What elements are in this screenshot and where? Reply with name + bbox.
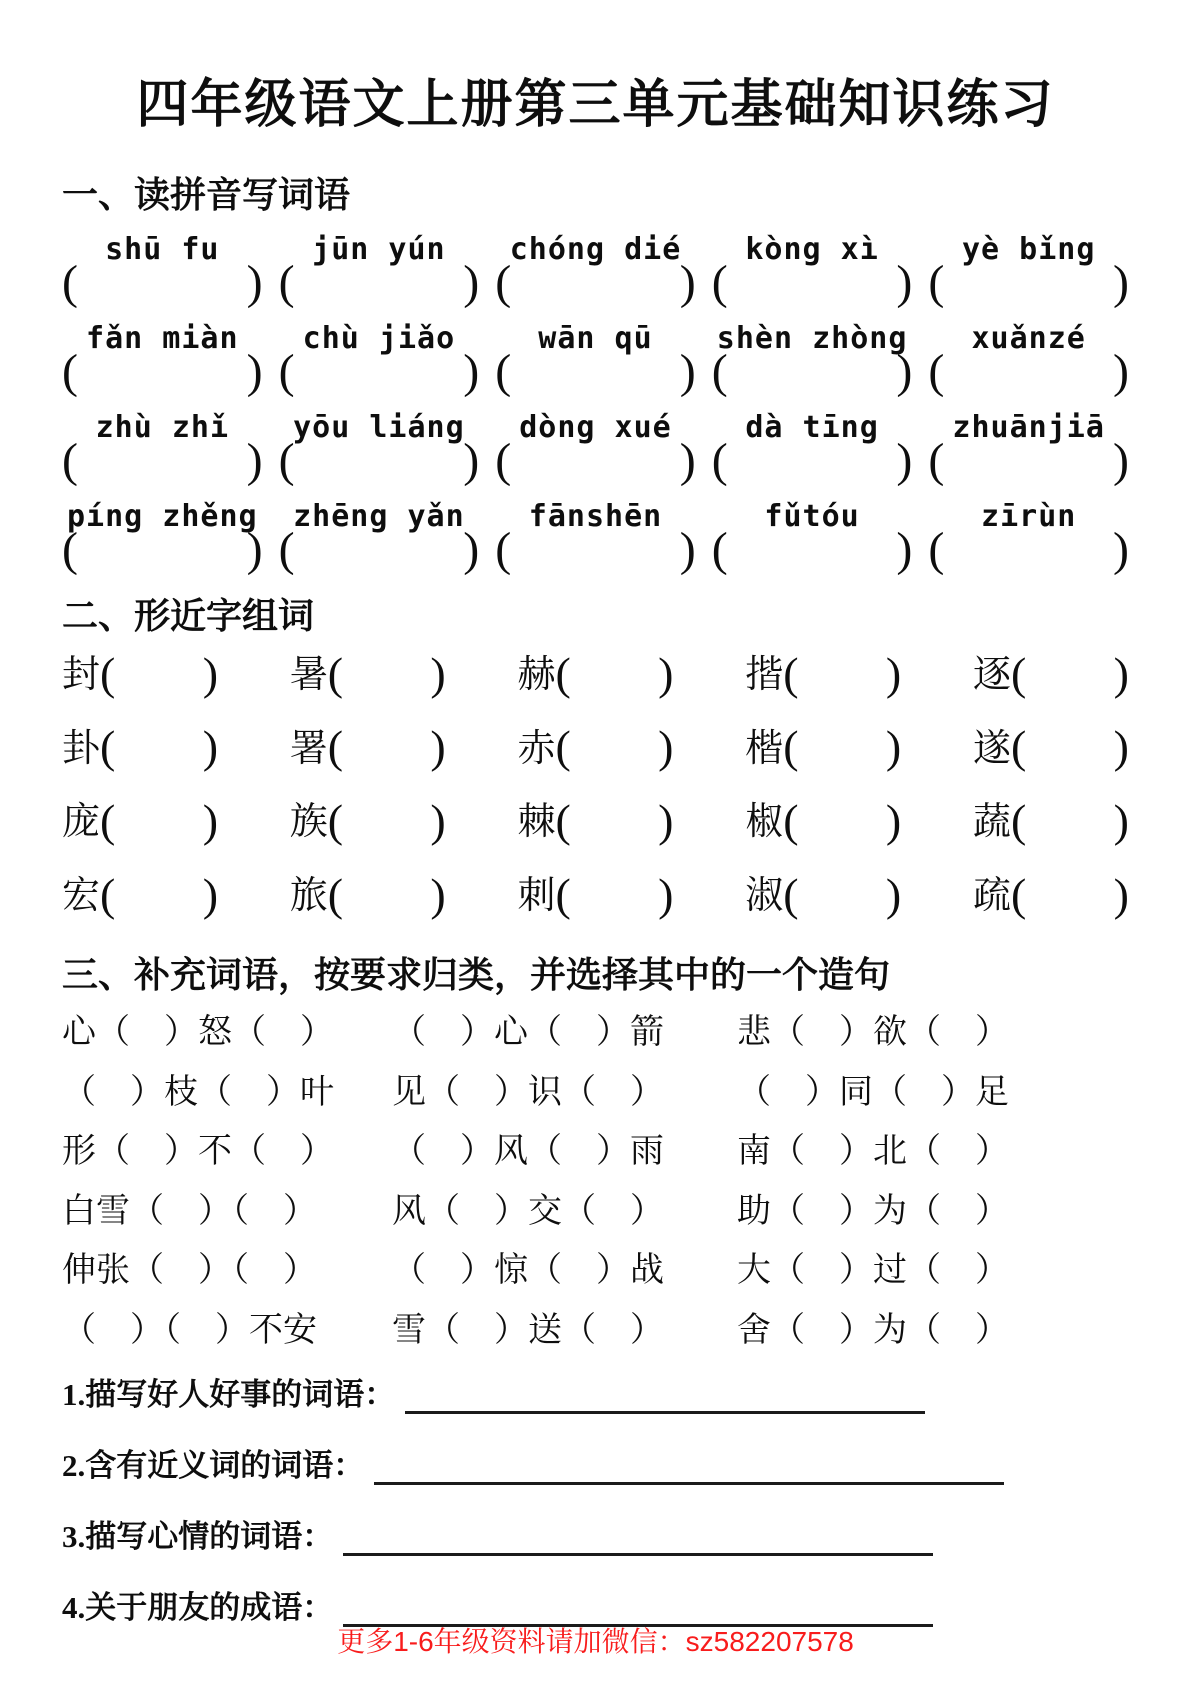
answer-blank: () <box>100 651 218 697</box>
open-paren: ( <box>62 526 78 574</box>
answer-blank: () <box>328 798 446 844</box>
close-paren: ) <box>430 724 445 770</box>
open-paren: ( <box>100 724 115 770</box>
pinyin-blank-unit: zhù zhǐ () <box>62 410 263 485</box>
hanzi-label: 逐 <box>973 653 1011 699</box>
open-paren: ( <box>712 259 728 307</box>
pinyin-row: píng zhěng () zhēng yǎn () fānshēn () fǔ… <box>62 499 1129 574</box>
answer-line <box>374 1449 1004 1485</box>
close-paren: ) <box>896 259 912 307</box>
close-paren: ) <box>680 526 696 574</box>
answer-blank: () <box>783 724 901 770</box>
pinyin-blank-unit: zhēng yǎn () <box>279 499 480 574</box>
close-paren: ) <box>247 348 263 396</box>
answer-blank: () <box>1011 798 1129 844</box>
near-character-cell: 椒 () <box>745 800 901 846</box>
answer-blank: () <box>495 259 696 307</box>
hanzi-label: 疏 <box>973 874 1011 920</box>
pinyin-blank-unit: shèn zhòng () <box>712 321 913 396</box>
pinyin-blank-unit: dòng xué () <box>495 410 696 485</box>
close-paren: ) <box>463 526 479 574</box>
phrase-group: （ ）枝（ ）叶 <box>62 1072 392 1115</box>
near-character-cell: 庞 () <box>62 800 218 846</box>
open-paren: ( <box>495 437 511 485</box>
close-paren: ) <box>680 259 696 307</box>
close-paren: ) <box>247 437 263 485</box>
pinyin-blank-unit: zhuānjiā () <box>928 410 1129 485</box>
close-paren: ) <box>658 798 673 844</box>
footer-note: 更多1-6年级资料请加微信：sz582207578 <box>0 1620 1191 1660</box>
open-paren: ( <box>328 651 343 697</box>
open-paren: ( <box>495 259 511 307</box>
open-paren: ( <box>279 348 295 396</box>
near-character-cell: 赫 () <box>517 653 673 699</box>
pinyin-blank-unit: fānshēn () <box>495 499 696 574</box>
open-paren: ( <box>712 348 728 396</box>
question-label: 3.描写心情的词语： <box>62 1511 333 1556</box>
pinyin-row: fǎn miàn () chù jiǎo () wān qū () shèn z… <box>62 321 1129 396</box>
answer-blank: () <box>555 651 673 697</box>
close-paren: ) <box>886 724 901 770</box>
answer-blank: () <box>62 259 263 307</box>
open-paren: ( <box>1011 872 1026 918</box>
near-character-cell: 揩 () <box>745 653 901 699</box>
pinyin-blank-unit: yè bǐng () <box>928 232 1129 307</box>
open-paren: ( <box>928 259 944 307</box>
pinyin-blank-unit: fǎn miàn () <box>62 321 263 396</box>
close-paren: ) <box>247 526 263 574</box>
pinyin-row: zhù zhǐ () yōu liáng () dòng xué () dà t… <box>62 410 1129 485</box>
hanzi-label: 旅 <box>290 874 328 920</box>
answer-blank: () <box>62 526 263 574</box>
phrase-group: 形（ ）不（ ） <box>62 1131 392 1174</box>
hanzi-label: 刺 <box>517 874 555 920</box>
pinyin-blank-unit: xuǎnzé () <box>928 321 1129 396</box>
answer-blank: () <box>495 437 696 485</box>
pinyin-blank-unit: chóng dié () <box>495 232 696 307</box>
answer-blank: () <box>783 651 901 697</box>
open-paren: ( <box>100 872 115 918</box>
near-character-cell: 卦 () <box>62 727 218 773</box>
answer-blank: () <box>328 872 446 918</box>
pinyin-blank-unit: wān qū () <box>495 321 696 396</box>
phrase-row: （ ）（ ）不安 雪（ ）送（ ） 舍（ ）为（ ） <box>62 1310 1129 1353</box>
hanzi-label: 宏 <box>62 874 100 920</box>
pinyin-blank-unit: píng zhěng () <box>62 499 263 574</box>
close-paren: ) <box>430 872 445 918</box>
near-character-cell: 蔬 () <box>973 800 1129 846</box>
close-paren: ) <box>886 872 901 918</box>
answer-blank: () <box>279 259 480 307</box>
phrase-group: （ ）心（ ）箭 <box>392 1012 737 1055</box>
close-paren: ) <box>896 526 912 574</box>
open-paren: ( <box>279 259 295 307</box>
open-paren: ( <box>1011 724 1026 770</box>
near-character-cell: 疏 () <box>973 874 1129 920</box>
open-paren: ( <box>100 798 115 844</box>
phrase-group: 白雪（ ）（ ） <box>62 1191 392 1234</box>
phrase-row: 形（ ）不（ ） （ ）风（ ）雨 南（ ）北（ ） <box>62 1131 1129 1174</box>
phrase-group: （ ）（ ）不安 <box>62 1310 392 1353</box>
open-paren: ( <box>783 798 798 844</box>
phrase-group: 见（ ）识（ ） <box>392 1072 737 1115</box>
near-character-cell: 刺 () <box>517 874 673 920</box>
close-paren: ) <box>1114 651 1129 697</box>
hanzi-label: 署 <box>290 727 328 773</box>
section1-heading: 一、读拼音写词语 <box>62 167 1129 218</box>
hanzi-label: 暑 <box>290 653 328 699</box>
answer-blank: () <box>328 651 446 697</box>
near-character-cell: 旅 () <box>290 874 446 920</box>
character-row: 卦 () 署 () 赤 () 楷 () 遂 () <box>62 727 1129 773</box>
answer-blank: () <box>100 724 218 770</box>
question-line: 1.描写好人好事的词语： <box>62 1369 1129 1414</box>
close-paren: ) <box>430 798 445 844</box>
answer-blank: () <box>928 259 1129 307</box>
close-paren: ) <box>1114 798 1129 844</box>
open-paren: ( <box>62 348 78 396</box>
answer-blank: () <box>1011 651 1129 697</box>
open-paren: ( <box>1011 651 1026 697</box>
phrase-group: 悲（ ）欲（ ） <box>737 1012 1129 1055</box>
answer-blank: () <box>495 526 696 574</box>
near-character-cell: 棘 () <box>517 800 673 846</box>
hanzi-label: 庞 <box>62 800 100 846</box>
answer-blank: () <box>279 526 480 574</box>
hanzi-label: 蔬 <box>973 800 1011 846</box>
phrase-group: 南（ ）北（ ） <box>737 1131 1129 1174</box>
hanzi-label: 椒 <box>745 800 783 846</box>
open-paren: ( <box>62 437 78 485</box>
close-paren: ) <box>203 798 218 844</box>
phrase-group: 大（ ）过（ ） <box>737 1250 1129 1293</box>
answer-line <box>343 1520 933 1556</box>
close-paren: ) <box>886 798 901 844</box>
answer-blank: () <box>712 348 913 396</box>
answer-blank: () <box>100 798 218 844</box>
answer-blank: () <box>783 872 901 918</box>
close-paren: ) <box>1113 437 1129 485</box>
phrase-row: （ ）枝（ ）叶 见（ ）识（ ） （ ）同（ ）足 <box>62 1072 1129 1115</box>
near-character-cell: 署 () <box>290 727 446 773</box>
open-paren: ( <box>555 872 570 918</box>
phrase-row: 心（ ）怒（ ） （ ）心（ ）箭 悲（ ）欲（ ） <box>62 1012 1129 1055</box>
open-paren: ( <box>928 437 944 485</box>
open-paren: ( <box>783 651 798 697</box>
close-paren: ) <box>896 348 912 396</box>
question-label: 1.描写好人好事的词语： <box>62 1369 395 1414</box>
answer-blank: () <box>928 526 1129 574</box>
hanzi-label: 揩 <box>745 653 783 699</box>
hanzi-label: 赤 <box>517 727 555 773</box>
close-paren: ) <box>680 437 696 485</box>
close-paren: ) <box>1113 259 1129 307</box>
open-paren: ( <box>328 872 343 918</box>
character-row: 宏 () 旅 () 刺 () 淑 () 疏 () <box>62 874 1129 920</box>
phrase-row: 伸张（ ）（ ） （ ）惊（ ）战 大（ ）过（ ） <box>62 1250 1129 1293</box>
answer-blank: () <box>100 872 218 918</box>
question-line: 2.含有近义词的词语： <box>62 1440 1129 1485</box>
pinyin-blank-unit: fǔtóu () <box>712 499 913 574</box>
pinyin-blank-unit: kòng xì () <box>712 232 913 307</box>
answer-blank: () <box>495 348 696 396</box>
close-paren: ) <box>680 348 696 396</box>
hanzi-label: 遂 <box>973 727 1011 773</box>
close-paren: ) <box>1114 724 1129 770</box>
close-paren: ) <box>658 872 673 918</box>
open-paren: ( <box>928 526 944 574</box>
near-character-cell: 族 () <box>290 800 446 846</box>
hanzi-label: 淑 <box>745 874 783 920</box>
near-character-cell: 赤 () <box>517 727 673 773</box>
hanzi-label: 封 <box>62 653 100 699</box>
page-title: 四年级语文上册第三单元基础知识练习 <box>62 62 1129 137</box>
close-paren: ) <box>203 651 218 697</box>
near-character-cell: 宏 () <box>62 874 218 920</box>
answer-blank: () <box>62 348 263 396</box>
phrase-group: 雪（ ）送（ ） <box>392 1310 737 1353</box>
open-paren: ( <box>495 348 511 396</box>
answer-line <box>405 1378 925 1414</box>
close-paren: ) <box>1113 526 1129 574</box>
open-paren: ( <box>783 872 798 918</box>
near-character-cell: 遂 () <box>973 727 1129 773</box>
open-paren: ( <box>279 437 295 485</box>
open-paren: ( <box>555 724 570 770</box>
answer-blank: () <box>279 348 480 396</box>
phrase-group: 心（ ）怒（ ） <box>62 1012 392 1055</box>
close-paren: ) <box>430 651 445 697</box>
answer-blank: () <box>1011 872 1129 918</box>
open-paren: ( <box>328 724 343 770</box>
open-paren: ( <box>555 651 570 697</box>
pinyin-row: shū fu () jūn yún () chóng dié () kòng x… <box>62 232 1129 307</box>
answer-blank: () <box>712 259 913 307</box>
near-character-cell: 逐 () <box>973 653 1129 699</box>
pinyin-blank-unit: shū fu () <box>62 232 263 307</box>
character-row: 庞 () 族 () 棘 () 椒 () 蔬 () <box>62 800 1129 846</box>
answer-blank: () <box>928 348 1129 396</box>
pinyin-blank-unit: dà tīng () <box>712 410 913 485</box>
close-paren: ) <box>1113 348 1129 396</box>
hanzi-label: 族 <box>290 800 328 846</box>
answer-blank: () <box>279 437 480 485</box>
phrase-group: 伸张（ ）（ ） <box>62 1250 392 1293</box>
open-paren: ( <box>783 724 798 770</box>
phrase-group: 舍（ ）为（ ） <box>737 1310 1129 1353</box>
character-row: 封 () 暑 () 赫 () 揩 () 逐 () <box>62 653 1129 699</box>
close-paren: ) <box>247 259 263 307</box>
section2-heading: 二、形近字组词 <box>62 588 1129 639</box>
question-line: 3.描写心情的词语： <box>62 1511 1129 1556</box>
hanzi-label: 楷 <box>745 727 783 773</box>
phrase-group: 助（ ）为（ ） <box>737 1191 1129 1234</box>
close-paren: ) <box>463 348 479 396</box>
close-paren: ) <box>463 259 479 307</box>
pinyin-blank-unit: chù jiǎo () <box>279 321 480 396</box>
open-paren: ( <box>62 259 78 307</box>
open-paren: ( <box>1011 798 1026 844</box>
pinyin-blank-unit: zīrùn () <box>928 499 1129 574</box>
pinyin-blank-unit: jūn yún () <box>279 232 480 307</box>
answer-blank: () <box>62 437 263 485</box>
answer-blank: () <box>555 798 673 844</box>
close-paren: ) <box>896 437 912 485</box>
close-paren: ) <box>658 724 673 770</box>
close-paren: ) <box>203 724 218 770</box>
open-paren: ( <box>279 526 295 574</box>
answer-blank: () <box>928 437 1129 485</box>
open-paren: ( <box>555 798 570 844</box>
section3-heading: 三、补充词语，按要求归类，并选择其中的一个造句 <box>62 947 1129 998</box>
answer-blank: () <box>555 724 673 770</box>
close-paren: ) <box>463 437 479 485</box>
open-paren: ( <box>712 437 728 485</box>
hanzi-label: 赫 <box>517 653 555 699</box>
hanzi-label: 卦 <box>62 727 100 773</box>
answer-blank: () <box>1011 724 1129 770</box>
open-paren: ( <box>328 798 343 844</box>
close-paren: ) <box>658 651 673 697</box>
near-character-cell: 封 () <box>62 653 218 699</box>
hanzi-label: 棘 <box>517 800 555 846</box>
question-label: 2.含有近义词的词语： <box>62 1440 364 1485</box>
near-character-cell: 楷 () <box>745 727 901 773</box>
open-paren: ( <box>100 651 115 697</box>
near-character-cell: 淑 () <box>745 874 901 920</box>
answer-blank: () <box>712 526 913 574</box>
answer-blank: () <box>783 798 901 844</box>
phrase-row: 白雪（ ）（ ） 风（ ）交（ ） 助（ ）为（ ） <box>62 1191 1129 1234</box>
pinyin-blank-unit: yōu liáng () <box>279 410 480 485</box>
answer-blank: () <box>555 872 673 918</box>
open-paren: ( <box>712 526 728 574</box>
near-character-cell: 暑 () <box>290 653 446 699</box>
phrase-group: （ ）惊（ ）战 <box>392 1250 737 1293</box>
open-paren: ( <box>495 526 511 574</box>
phrase-group: （ ）风（ ）雨 <box>392 1131 737 1174</box>
close-paren: ) <box>886 651 901 697</box>
phrase-group: 风（ ）交（ ） <box>392 1191 737 1234</box>
answer-blank: () <box>328 724 446 770</box>
close-paren: ) <box>203 872 218 918</box>
phrase-group: （ ）同（ ）足 <box>737 1072 1129 1115</box>
close-paren: ) <box>1114 872 1129 918</box>
open-paren: ( <box>928 348 944 396</box>
answer-blank: () <box>712 437 913 485</box>
